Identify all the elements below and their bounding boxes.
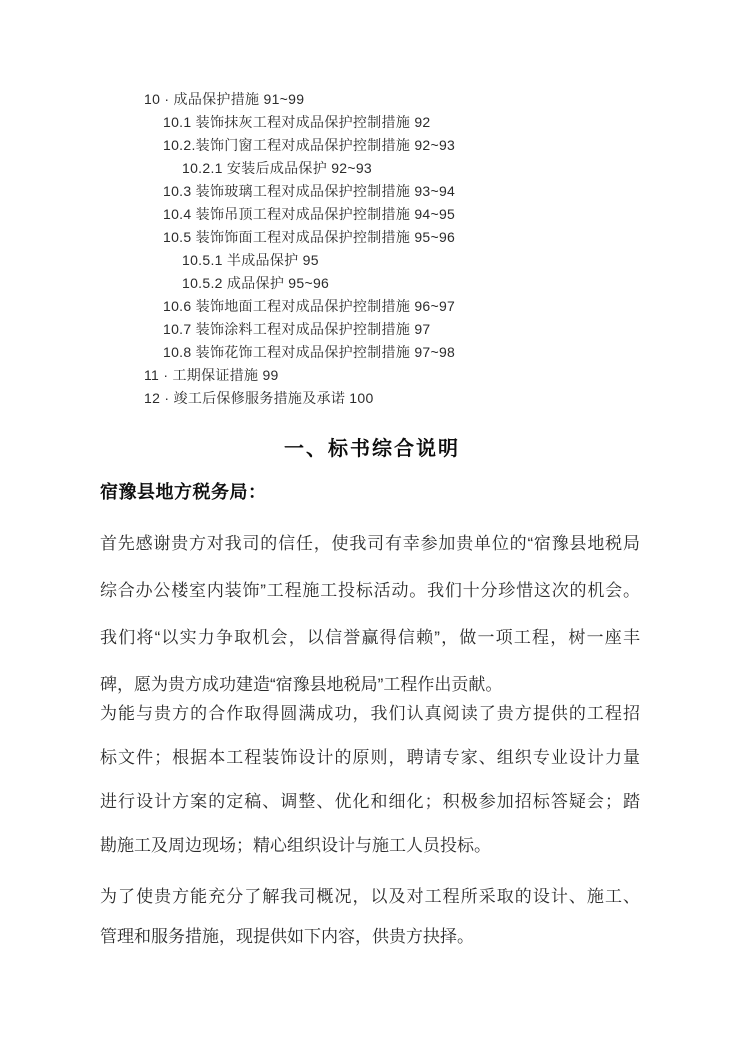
- paragraph: 为了使贵方能充分了解我司概况，以及对工程所采取的设计、施工、 管理和服务措施，现…: [100, 877, 640, 957]
- body-line: 为了使贵方能充分了解我司概况，以及对工程所采取的设计、施工、: [100, 877, 640, 917]
- toc-item: 10.5.1 半成品保护 95: [182, 249, 455, 272]
- body-line: 我们将“以实力争取机会，以信誉赢得信赖”，做一项工程，树一座丰: [100, 614, 640, 661]
- body-line: 管理和服务措施，现提供如下内容，供贵方抉择。: [100, 917, 640, 957]
- toc-item: 10.5 装饰饰面工程对成品保护控制措施 95~96: [163, 226, 455, 249]
- toc-item: 10.7 装饰涂料工程对成品保护控制措施 97: [163, 318, 455, 341]
- document-page: 10 · 成品保护措施 91~99 10.1 装饰抹灰工程对成品保护控制措施 9…: [0, 0, 744, 1052]
- table-of-contents: 10 · 成品保护措施 91~99 10.1 装饰抹灰工程对成品保护控制措施 9…: [144, 88, 455, 410]
- paragraph: 为能与贵方的合作取得圆满成功，我们认真阅读了贵方提供的工程招 标文件；根据本工程…: [100, 692, 640, 868]
- body-line: 进行设计方案的定稿、调整、优化和细化；积极参加招标答疑会；踏: [100, 780, 640, 824]
- toc-item: 10.3 装饰玻璃工程对成品保护控制措施 93~94: [163, 180, 455, 203]
- body-line: 综合办公楼室内装饰”工程施工投标活动。我们十分珍惜这次的机会。: [100, 567, 640, 614]
- paragraph: 首先感谢贵方对我司的信任，使我司有幸参加贵单位的“宿豫县地税局 综合办公楼室内装…: [100, 520, 640, 708]
- toc-item: 10 · 成品保护措施 91~99: [144, 88, 455, 111]
- body-line: 为能与贵方的合作取得圆满成功，我们认真阅读了贵方提供的工程招: [100, 692, 640, 736]
- body-line: 标文件；根据本工程装饰设计的原则，聘请专家、组织专业设计力量: [100, 736, 640, 780]
- toc-item: 10.4 装饰吊顶工程对成品保护控制措施 94~95: [163, 203, 455, 226]
- salutation-line: 宿豫县地方税务局：: [100, 478, 267, 504]
- section-heading: 一、标书综合说明: [0, 432, 744, 461]
- toc-item: 10.6 装饰地面工程对成品保护控制措施 96~97: [163, 295, 455, 318]
- body-text: 首先感谢贵方对我司的信任，使我司有幸参加贵单位的“宿豫县地税局 综合办公楼室内装…: [100, 520, 640, 957]
- toc-item: 10.1 装饰抹灰工程对成品保护控制措施 92: [163, 111, 455, 134]
- toc-item: 10.2.装饰门窗工程对成品保护控制措施 92~93: [163, 134, 455, 157]
- toc-item: 10.5.2 成品保护 95~96: [182, 272, 455, 295]
- toc-item: 10.2.1 安装后成品保护 92~93: [182, 157, 455, 180]
- body-line: 勘施工及周边现场；精心组织设计与施工人员投标。: [100, 824, 640, 868]
- toc-item: 12 · 竣工后保修服务措施及承诺 100: [144, 387, 455, 410]
- toc-item: 10.8 装饰花饰工程对成品保护控制措施 97~98: [163, 341, 455, 364]
- body-line: 首先感谢贵方对我司的信任，使我司有幸参加贵单位的“宿豫县地税局: [100, 520, 640, 567]
- toc-item: 11 · 工期保证措施 99: [144, 364, 455, 387]
